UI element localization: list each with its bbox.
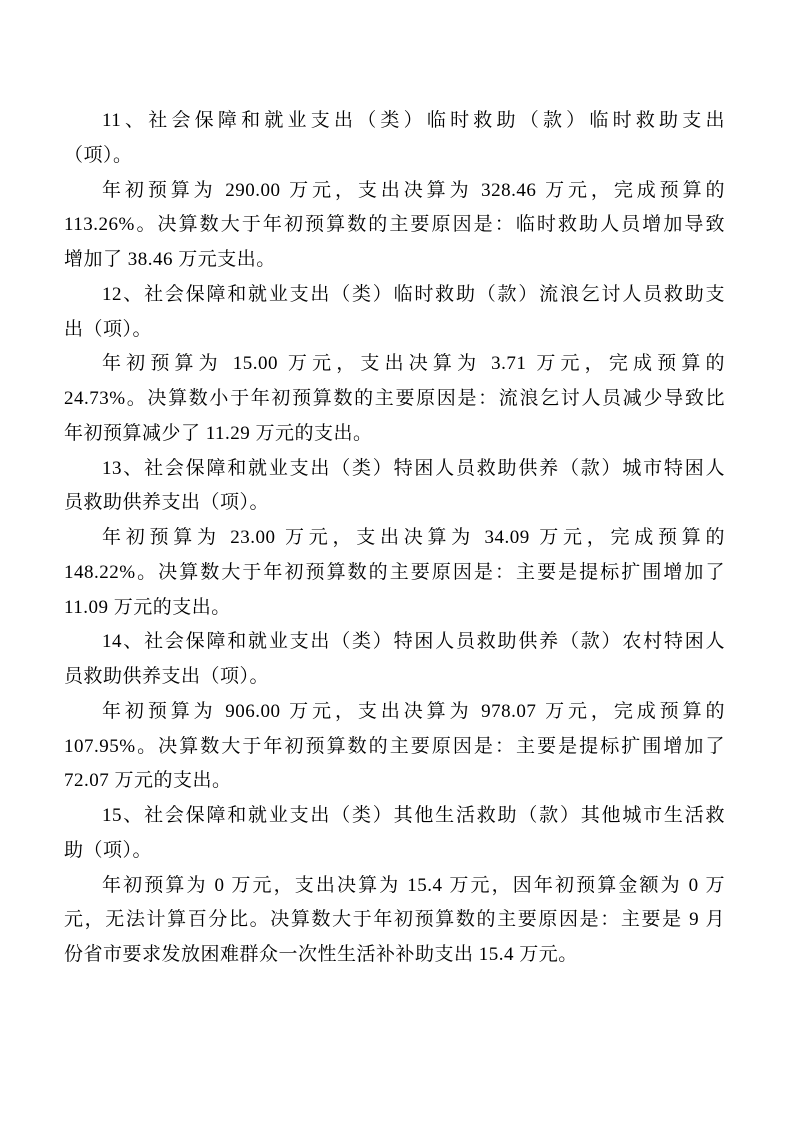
text-line: （项）。 xyxy=(64,139,725,174)
document-page: 11、社会保障和就业支出（类）临时救助（款）临时救助支出 （项）。 年初预算为 … xyxy=(0,0,793,1122)
text-line: 份省市要求发放困难群众一次性生活补补助支出 15.4 万元。 xyxy=(64,938,725,973)
section-13-heading: 13、社会保障和就业支出（类）特困人员救助供养（款）城市特困人 员救助供养支出（… xyxy=(64,452,725,522)
section-15-heading: 15、社会保障和就业支出（类）其他生活救助（款）其他城市生活救 助（项）。 xyxy=(64,799,725,869)
text-line: 年初预算为 0 万元，支出决算为 15.4 万元，因年初预算金额为 0 万 xyxy=(64,869,725,904)
section-14-heading: 14、社会保障和就业支出（类）特困人员救助供养（款）农村特困人 员救助供养支出（… xyxy=(64,625,725,695)
text-line: 年初预算为 290.00 万元，支出决算为 328.46 万元，完成预算的 xyxy=(64,174,725,209)
text-line: 年初预算为 15.00 万元，支出决算为 3.71 万元，完成预算的 xyxy=(64,347,725,382)
section-14-body: 年初预算为 906.00 万元，支出决算为 978.07 万元，完成预算的 10… xyxy=(64,695,725,799)
section-15-body: 年初预算为 0 万元，支出决算为 15.4 万元，因年初预算金额为 0 万 元，… xyxy=(64,869,725,973)
text-line: 年初预算为 23.00 万元，支出决算为 34.09 万元，完成预算的 xyxy=(64,521,725,556)
section-11-body: 年初预算为 290.00 万元，支出决算为 328.46 万元，完成预算的 11… xyxy=(64,174,725,278)
text-line: 出（项）。 xyxy=(64,313,725,348)
text-line: 15、社会保障和就业支出（类）其他生活救助（款）其他城市生活救 xyxy=(64,799,725,834)
text-line: 13、社会保障和就业支出（类）特困人员救助供养（款）城市特困人 xyxy=(64,452,725,487)
text-line: 年初预算减少了 11.29 万元的支出。 xyxy=(64,417,725,452)
text-line: 元，无法计算百分比。决算数大于年初预算数的主要原因是：主要是 9 月 xyxy=(64,903,725,938)
text-line: 11.09 万元的支出。 xyxy=(64,591,725,626)
text-line: 增加了 38.46 万元支出。 xyxy=(64,243,725,278)
text-line: 72.07 万元的支出。 xyxy=(64,764,725,799)
text-line: 12、社会保障和就业支出（类）临时救助（款）流浪乞讨人员救助支 xyxy=(64,278,725,313)
text-block: 11、社会保障和就业支出（类）临时救助（款）临时救助支出 （项）。 年初预算为 … xyxy=(64,104,725,973)
text-line: 107.95%。决算数大于年初预算数的主要原因是：主要是提标扩围增加了 xyxy=(64,730,725,765)
section-11-heading: 11、社会保障和就业支出（类）临时救助（款）临时救助支出 （项）。 xyxy=(64,104,725,174)
text-line: 11、社会保障和就业支出（类）临时救助（款）临时救助支出 xyxy=(64,104,725,139)
text-line: 24.73%。决算数小于年初预算数的主要原因是：流浪乞讨人员减少导致比 xyxy=(64,382,725,417)
text-line: 148.22%。决算数大于年初预算数的主要原因是：主要是提标扩围增加了 xyxy=(64,556,725,591)
text-line: 员救助供养支出（项）。 xyxy=(64,486,725,521)
text-line: 助（项）。 xyxy=(64,834,725,869)
section-12-body: 年初预算为 15.00 万元，支出决算为 3.71 万元，完成预算的 24.73… xyxy=(64,347,725,451)
text-line: 113.26%。决算数大于年初预算数的主要原因是：临时救助人员增加导致 xyxy=(64,208,725,243)
text-line: 员救助供养支出（项）。 xyxy=(64,660,725,695)
section-12-heading: 12、社会保障和就业支出（类）临时救助（款）流浪乞讨人员救助支 出（项）。 xyxy=(64,278,725,348)
text-line: 年初预算为 906.00 万元，支出决算为 978.07 万元，完成预算的 xyxy=(64,695,725,730)
section-13-body: 年初预算为 23.00 万元，支出决算为 34.09 万元，完成预算的 148.… xyxy=(64,521,725,625)
text-line: 14、社会保障和就业支出（类）特困人员救助供养（款）农村特困人 xyxy=(64,625,725,660)
